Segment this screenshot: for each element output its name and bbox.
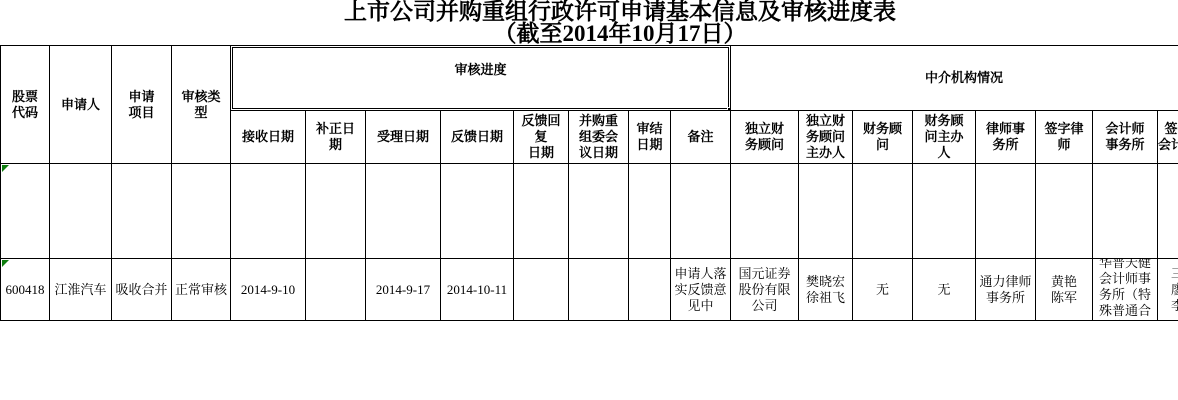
cell-applicant[interactable]: 江淮汽车 bbox=[50, 259, 112, 321]
cell-receive-date[interactable]: 2014-9-10 bbox=[231, 259, 306, 321]
cell-empty-stock-code[interactable] bbox=[1, 164, 50, 259]
header-acceptance-date[interactable]: 受理日期 bbox=[366, 111, 441, 164]
header-group-review-progress[interactable]: 审核进度 bbox=[231, 46, 731, 111]
cell-correction-date[interactable] bbox=[306, 259, 366, 321]
cell-empty[interactable] bbox=[306, 164, 366, 259]
cell-feedback-date[interactable]: 2014-10-11 bbox=[441, 259, 514, 321]
review-progress-label: 审核进度 bbox=[455, 62, 507, 77]
header-applicant[interactable]: 申请人 bbox=[50, 46, 112, 164]
cell-project[interactable]: 吸收合并 bbox=[112, 259, 172, 321]
data-row-600418: 600418 江淮汽车 吸收合并 正常审核 2014-9-10 2014-9-1… bbox=[1, 259, 1178, 321]
header-fa[interactable]: 财务顾 问 bbox=[853, 111, 913, 164]
empty-row bbox=[1, 164, 1178, 259]
cell-empty[interactable] bbox=[671, 164, 731, 259]
page-title: 上市公司并购重组行政许可申请基本信息及审核进度表 bbox=[31, 0, 1178, 23]
header-independent-fa-sponsor[interactable]: 独立财 务顾问 主办人 bbox=[799, 111, 853, 164]
cell-independent-fa[interactable]: 国元证券 股份有限 公司 bbox=[731, 259, 799, 321]
header-stock-code[interactable]: 股票 代码 bbox=[1, 46, 50, 164]
cell-empty[interactable] bbox=[976, 164, 1036, 259]
page-subtitle: （截至2014年10月17日） bbox=[31, 23, 1178, 45]
header-committee-meeting-date[interactable]: 并购重 组委会 议日期 bbox=[569, 111, 629, 164]
cell-empty[interactable] bbox=[569, 164, 629, 259]
header-conclusion-date[interactable]: 审结 日期 bbox=[629, 111, 671, 164]
header-signing-lawyer[interactable]: 签字律 师 bbox=[1036, 111, 1093, 164]
cell-stock-code[interactable]: 600418 bbox=[1, 259, 50, 321]
header-correction-date[interactable]: 补正日 期 bbox=[306, 111, 366, 164]
cell-empty[interactable] bbox=[731, 164, 799, 259]
cell-signing-accountant[interactable]: 三 廖 李 bbox=[1158, 259, 1178, 321]
cell-empty[interactable] bbox=[629, 164, 671, 259]
header-group-intermediary[interactable]: 中介机构情况 bbox=[731, 46, 1178, 111]
cell-fa[interactable]: 无 bbox=[853, 259, 913, 321]
header-remark[interactable]: 备注 bbox=[671, 111, 731, 164]
header-project[interactable]: 申请 项目 bbox=[112, 46, 172, 164]
cell-empty[interactable] bbox=[913, 164, 976, 259]
header-independent-fa[interactable]: 独立财 务顾问 bbox=[731, 111, 799, 164]
cell-conclusion-date[interactable] bbox=[629, 259, 671, 321]
cell-empty[interactable] bbox=[853, 164, 913, 259]
cell-empty[interactable] bbox=[799, 164, 853, 259]
cell-law-firm[interactable]: 通力律师 事务所 bbox=[976, 259, 1036, 321]
cell-feedback-reply-date[interactable] bbox=[514, 259, 569, 321]
cell-empty[interactable] bbox=[231, 164, 306, 259]
cell-selection-border bbox=[232, 47, 729, 109]
header-accounting-firm[interactable]: 会计师 事务所 bbox=[1093, 111, 1158, 164]
cell-accounting-firm[interactable]: 华普天健 会计师事 务所（特 殊普通合 伙） bbox=[1093, 259, 1158, 321]
cell-empty[interactable] bbox=[1158, 164, 1178, 259]
cell-signing-lawyer[interactable]: 黄艳 陈军 bbox=[1036, 259, 1093, 321]
header-review-type[interactable]: 审核类 型 bbox=[172, 46, 231, 164]
cell-fa-sponsor[interactable]: 无 bbox=[913, 259, 976, 321]
cell-empty[interactable] bbox=[1036, 164, 1093, 259]
cell-review-type[interactable]: 正常审核 bbox=[172, 259, 231, 321]
cell-empty[interactable] bbox=[172, 164, 231, 259]
cell-committee-meeting-date[interactable] bbox=[569, 259, 629, 321]
header-feedback-date[interactable]: 反馈日期 bbox=[441, 111, 514, 164]
cell-acceptance-date[interactable]: 2014-9-17 bbox=[366, 259, 441, 321]
accounting-firm-text: 华普天健 会计师事 务所（特 殊普通合 伙） bbox=[1098, 259, 1152, 321]
cell-empty[interactable] bbox=[514, 164, 569, 259]
fill-handle[interactable] bbox=[727, 107, 731, 111]
header-feedback-reply-date[interactable]: 反馈回 复 日期 bbox=[514, 111, 569, 164]
header-fa-sponsor[interactable]: 财务顾 问主办 人 bbox=[913, 111, 976, 164]
cell-empty[interactable] bbox=[366, 164, 441, 259]
cell-empty[interactable] bbox=[1093, 164, 1158, 259]
cell-independent-fa-sponsor[interactable]: 樊晓宏 徐祖飞 bbox=[799, 259, 853, 321]
progress-table: 股票 代码 申请人 申请 项目 审核类 型 审核进度 中介机构情况 接收日期 补… bbox=[0, 45, 1178, 321]
header-group-row: 股票 代码 申请人 申请 项目 审核类 型 审核进度 中介机构情况 bbox=[1, 46, 1178, 111]
header-receive-date[interactable]: 接收日期 bbox=[231, 111, 306, 164]
header-signing-accountant[interactable]: 签字 会计师 bbox=[1158, 111, 1178, 164]
cell-empty[interactable] bbox=[441, 164, 514, 259]
cell-empty[interactable] bbox=[50, 164, 112, 259]
header-law-firm[interactable]: 律师事 务所 bbox=[976, 111, 1036, 164]
cell-remark[interactable]: 申请人落 实反馈意 见中 bbox=[671, 259, 731, 321]
cell-empty[interactable] bbox=[112, 164, 172, 259]
